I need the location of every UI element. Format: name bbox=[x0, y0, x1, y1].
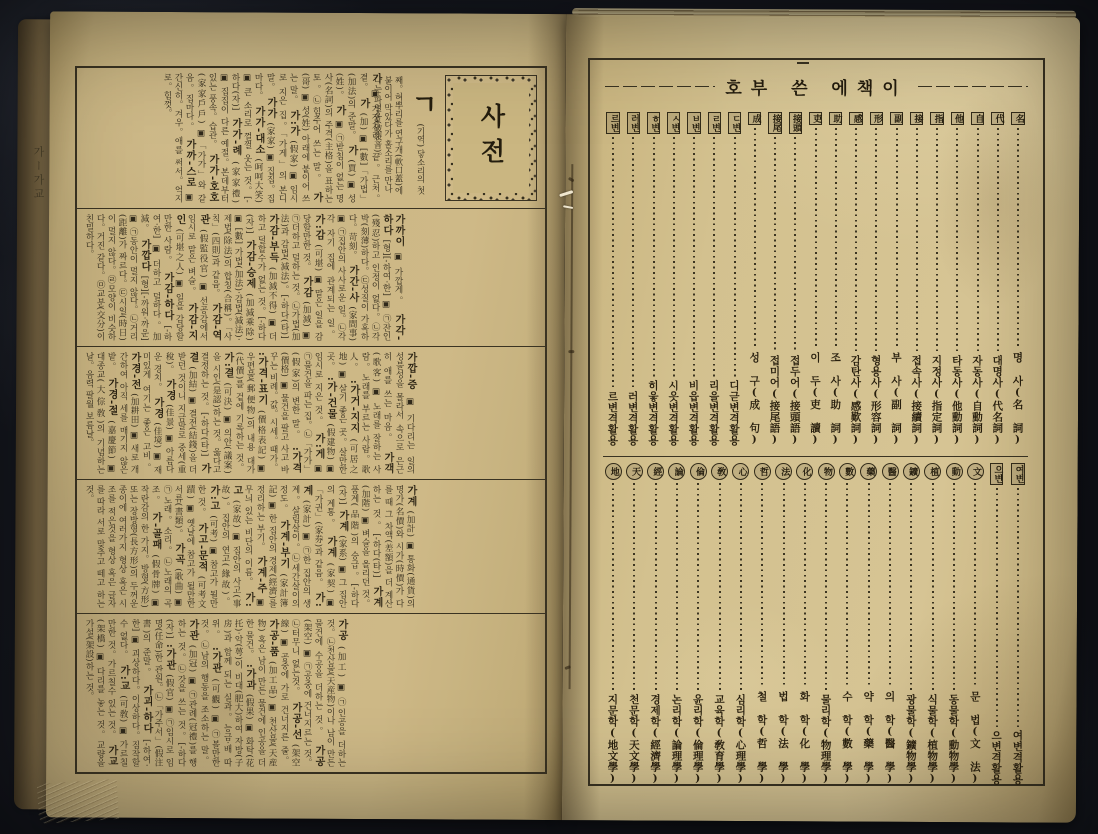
headword: 가 bbox=[358, 98, 369, 109]
legend-symbol: 으변 bbox=[990, 463, 1003, 485]
legend-symbol: 化 bbox=[796, 463, 813, 480]
legend-symbol: 指 bbox=[930, 112, 943, 125]
legend-column: 여변 여변격활용 bbox=[1008, 463, 1028, 785]
headword: 가계 bbox=[405, 485, 416, 507]
legend-label: 식물학(植物學) bbox=[925, 694, 940, 785]
legend-label: 의 학(醫 學) bbox=[883, 691, 898, 785]
dotted-leader bbox=[997, 128, 999, 352]
headword: 가경 bbox=[152, 397, 163, 419]
headword: 가경 bbox=[164, 379, 175, 401]
dotted-leader bbox=[977, 128, 979, 352]
dotted-leader bbox=[846, 483, 848, 688]
dotted-leader bbox=[693, 137, 695, 377]
headword: 가경-절 bbox=[106, 378, 117, 416]
headword: 가까-스로 bbox=[184, 139, 195, 188]
legend-symbol: 形 bbox=[870, 112, 883, 125]
legend-symbol: 倫 bbox=[690, 463, 707, 480]
headword: 가감-승제 bbox=[244, 240, 255, 289]
legend-column: 數 수 학(數 學) bbox=[837, 463, 857, 785]
legend-symbol: 名 bbox=[1011, 112, 1024, 125]
legend-label: 성 구(成 句) bbox=[747, 352, 762, 446]
legend-title: 호부 쓴 에책이 bbox=[725, 74, 907, 99]
legend-column: 指 지정사(指定詞) bbox=[927, 112, 947, 446]
legend-column: 論 논리학(論理學) bbox=[667, 463, 687, 785]
legend-symbol: 天 bbox=[626, 463, 643, 480]
section-letter: ㄱ bbox=[406, 90, 436, 121]
legend-column: 鑛 광물학(鑛物學) bbox=[901, 463, 921, 785]
entry-flow: 가깝-증 ▣ 기다리는 일의 성불성을 몰라서 속으로 은근히 애를 쓰는 마음… bbox=[83, 352, 416, 474]
dotted-leader bbox=[633, 483, 635, 691]
dictionary-band-1: 가 ▣ 가장자리。끝。근처。곁。 가 (加) ▣ [數]「가법」(加法)의 준말… bbox=[77, 68, 545, 208]
legend-column: ㅎ변 히읗변격활용 bbox=[644, 112, 664, 446]
legend-symbol: 成 bbox=[748, 112, 761, 125]
legend-symbol: ㄹ변 bbox=[708, 112, 721, 134]
dotted-leader bbox=[794, 137, 796, 352]
legend-symbol: 自 bbox=[971, 112, 984, 125]
dotted-leader bbox=[740, 483, 742, 691]
dotted-leader bbox=[815, 128, 817, 349]
legend-symbol: 接 bbox=[910, 112, 923, 125]
headword: 가감-하다 bbox=[162, 272, 173, 321]
dotted-leader bbox=[632, 137, 634, 388]
dotted-leader bbox=[835, 128, 837, 349]
headword: 가간-사 bbox=[347, 265, 358, 303]
legend-symbol: 代 bbox=[991, 112, 1004, 125]
book-photo: 가ー가교 가 ▣ 가장자리。끝。근처。곁。 가 (加) ▣ [數]「가법」(加法… bbox=[0, 0, 1098, 834]
dictionary-band-5: 가공 (加工) ▣ ㉠인공을 더하는 것。㉡천산물(天産物)이나 남이 만든 물… bbox=[77, 613, 545, 772]
legend-label: 여변격활용 bbox=[1010, 730, 1025, 785]
dotted-leader bbox=[612, 483, 614, 691]
legend-symbol: 文 bbox=[967, 463, 984, 480]
headword: :가격 bbox=[290, 447, 301, 474]
legend-column: 接頭 접두어(接頭語) bbox=[785, 112, 805, 446]
legend-column: 르변 르변격활용 bbox=[603, 112, 623, 446]
headword: :가거-지지 bbox=[348, 380, 359, 434]
dotted-leader bbox=[761, 483, 763, 688]
dictionary-band-2: 가까이 ▣ 가깝게。 가각-하다 [형][-하여·한] ▣ ㉠잔인(殘忍)하고 … bbox=[77, 208, 545, 346]
dictionary-band-4: 가계 (加計) ▣ 통화(通貨)의 명가(名價)와 시가(時價)가 다를 때 그… bbox=[77, 479, 545, 613]
dotted-leader bbox=[783, 483, 785, 688]
dotted-leader bbox=[825, 483, 827, 691]
dotted-leader bbox=[653, 137, 655, 377]
legend-column: 代 대명사(代名詞) bbox=[988, 112, 1008, 446]
headword: 가공-선 bbox=[290, 702, 301, 740]
dotted-leader bbox=[676, 483, 678, 691]
headword: 가계 bbox=[371, 586, 382, 608]
headword: 가깝-증 bbox=[405, 352, 416, 390]
legend-symbol: 吏 bbox=[809, 112, 822, 125]
legend-column: 心 심리학(心理學) bbox=[731, 463, 751, 785]
headword: 가공 bbox=[336, 619, 347, 641]
dictionary-band-3: 가깝-증 ▣ 기다리는 일의 성불성을 몰라서 속으로 은근히 애를 쓰는 마음… bbox=[77, 346, 545, 479]
headword: 가:교 bbox=[118, 665, 129, 692]
legend-label: 자동사(自動詞) bbox=[970, 355, 985, 446]
legend-column: 러변 러변격활용 bbox=[623, 112, 643, 446]
headword: 가:감 bbox=[313, 214, 324, 241]
legend-column: 副 부 사(副 詞) bbox=[887, 112, 907, 446]
dictionary-entry: 가까이 ▣ 가깝게。 bbox=[393, 214, 403, 307]
legend-label: 비읍변격활용 bbox=[687, 380, 702, 446]
dotted-leader bbox=[889, 483, 891, 688]
legend-section-top: 名 명 사(名 詞) 代 대명사(代名詞) 自 자동사(自動詞) bbox=[603, 112, 1028, 446]
legend-label: 수 학(數 學) bbox=[840, 691, 855, 785]
definition: (價格) ▣ 물건을 팔고 사고 바꾸는 비례。값。시세。때가。 bbox=[268, 352, 289, 474]
legend-label: 디귿변격활용 bbox=[727, 380, 742, 446]
legend-column: 地 지문학(地文學) bbox=[603, 463, 623, 785]
entry-flow: 가계 (加計) ▣ 통화(通貨)의 명가(名價)와 시가(時價)가 다를 때 그… bbox=[83, 485, 416, 608]
legend-symbol: 植 bbox=[924, 463, 941, 480]
section-header-giyeok: ㄱ (기역) 닿소리의 첫째。혀뿌리를 연구개(軟口蓋)에 붙이어 막았다가 홀… bbox=[381, 73, 439, 203]
title-inner: 사전 bbox=[453, 83, 529, 193]
legend-label: 경제학(經濟學) bbox=[648, 694, 663, 785]
legend-column: 助 조 사(助 詞) bbox=[826, 112, 846, 446]
legend-label: 광물학(鑛物學) bbox=[904, 694, 919, 785]
definition: (架橋) ▣ 다리를 놓는 것。교량을 가설(架設)하는 것。 bbox=[84, 619, 105, 767]
headword: 가교 bbox=[106, 745, 117, 767]
legend-title-row: 호부 쓴 에책이 bbox=[590, 74, 1043, 99]
legend-symbol: 哲 bbox=[754, 463, 771, 480]
title-dash-right bbox=[918, 86, 1028, 88]
legend-frame: 호부 쓴 에책이 名 명 사(名 詞) 代 대명사(代名詞) 自 bbox=[588, 58, 1045, 786]
legend-column: 醫 의 학(醫 學) bbox=[880, 463, 900, 785]
legend-label: 접속사(接續詞) bbox=[909, 355, 924, 446]
legend-label: 동물학(動物學) bbox=[947, 694, 962, 785]
legend-label: 물리학(物理學) bbox=[819, 694, 834, 785]
legend-label: 조 사(助 詞) bbox=[828, 352, 843, 446]
legend-column: 名 명 사(名 詞) bbox=[1008, 112, 1028, 446]
legend-column: 化 화 학(化 學) bbox=[795, 463, 815, 785]
legend-symbol: 敎 bbox=[711, 463, 728, 480]
legend-column: 倫 윤리학(倫理學) bbox=[688, 463, 708, 785]
definition: (可觀) ▣ ㉠볼만한 것。㉡남의 행동을 조소하는 말。 bbox=[199, 619, 220, 767]
headword: 가 bbox=[346, 145, 357, 156]
legend-label: 지문학(地文學) bbox=[606, 694, 621, 785]
legend-label: 형용사(形容詞) bbox=[869, 355, 884, 446]
legend-column: 植 식물학(植物學) bbox=[923, 463, 943, 785]
legend-label: 논리학(論理學) bbox=[669, 694, 684, 785]
legend-column: 哲 철 학(哲 學) bbox=[752, 463, 772, 785]
legend-symbol: 르변 bbox=[606, 112, 619, 134]
legend-symbol: 助 bbox=[829, 112, 842, 125]
legend-symbol: 他 bbox=[951, 112, 964, 125]
dotted-leader bbox=[953, 483, 955, 691]
headword: 가고-문적 bbox=[196, 523, 207, 572]
legend-symbol: 副 bbox=[890, 112, 903, 125]
legend-label: 화 학(化 學) bbox=[797, 691, 812, 785]
legend-symbol: ㄷ변 bbox=[728, 112, 741, 134]
dotted-leader bbox=[910, 483, 912, 691]
legend-label: 법 학(法 學) bbox=[776, 691, 791, 785]
legend-symbol: 論 bbox=[668, 463, 685, 480]
page-range-tab: 가ー가교 bbox=[30, 146, 46, 202]
definition: ▣ 가깝게。 bbox=[393, 252, 403, 307]
legend-label: 심리학(心理學) bbox=[733, 694, 748, 785]
dotted-leader bbox=[719, 483, 721, 691]
headword: 가가-호호 bbox=[207, 154, 218, 203]
legend-column: ㄹ변 리을변격활용 bbox=[704, 112, 724, 446]
dictionary-entry: :가격-표기 (價格表記) ▣ 우편물(郵便物)의 내용 대가(代價)를 겉에 … bbox=[234, 352, 266, 474]
headword: 가:고 bbox=[208, 485, 219, 512]
legend-symbol: 여변 bbox=[1011, 463, 1024, 485]
headword: :가관 bbox=[210, 647, 221, 674]
legend-label: 철 학(哲 學) bbox=[755, 691, 770, 785]
legend-column: 接尾 접미어(接尾語) bbox=[765, 112, 785, 446]
legend-label: 러변격활용 bbox=[626, 391, 641, 446]
headword: 가가-대소 bbox=[253, 106, 264, 155]
legend-column: 接 접속사(接續詞) bbox=[907, 112, 927, 446]
dotted-leader bbox=[1017, 488, 1019, 727]
legend-symbol: 法 bbox=[775, 463, 792, 480]
headword: 가감-부득 bbox=[267, 214, 278, 263]
legend-label: 르변격활용 bbox=[606, 391, 621, 446]
dotted-leader bbox=[875, 128, 877, 352]
legend-column: 他 타동사(他動詞) bbox=[947, 112, 967, 446]
legend-label: 윤리학(倫理學) bbox=[691, 694, 706, 785]
dotted-leader bbox=[697, 483, 699, 691]
headword: 가-골패 bbox=[150, 512, 161, 550]
dotted-leader bbox=[932, 483, 934, 691]
dotted-leader bbox=[916, 128, 918, 352]
legend-symbol: 動 bbox=[946, 463, 963, 480]
legend-column: 法 법 학(法 學) bbox=[774, 463, 794, 785]
legend-label: 타동사(他動詞) bbox=[950, 355, 965, 446]
dotted-leader bbox=[974, 483, 976, 688]
legend-symbol: 經 bbox=[647, 463, 664, 480]
legend-column: 吏 이 두(吏 讀) bbox=[806, 112, 826, 446]
legend-symbol: 數 bbox=[839, 463, 856, 480]
legend-label: 지정사(指定詞) bbox=[930, 355, 945, 446]
legend-symbol: 藥 bbox=[860, 463, 877, 480]
headword: 가깝다 bbox=[139, 239, 150, 272]
legend-label: 접미어(接尾語) bbox=[768, 355, 783, 446]
legend-label: 이 두(吏 讀) bbox=[808, 352, 823, 446]
headword: 가 bbox=[311, 192, 322, 203]
legend-symbol: 接尾 bbox=[768, 112, 781, 134]
legend-label: 대명사(代名詞) bbox=[990, 355, 1005, 446]
headword: 가:가 bbox=[288, 110, 299, 137]
dotted-leader bbox=[1017, 128, 1019, 349]
headword: 가경-전 bbox=[129, 352, 140, 390]
legend-column: 藥 약 학(藥 學) bbox=[859, 463, 879, 785]
headword: 가계-부기 bbox=[278, 520, 289, 569]
ornamental-title-block: 사전 bbox=[445, 75, 537, 201]
legend-label: 감탄사(感歎詞) bbox=[849, 355, 864, 446]
headword: 가관 bbox=[187, 619, 198, 641]
dotted-leader bbox=[774, 137, 776, 352]
headword: :가-건물 bbox=[325, 377, 336, 420]
legend-label: 문 법(文 法) bbox=[968, 691, 983, 785]
dotted-leader bbox=[754, 128, 756, 349]
headword: :가관 bbox=[164, 644, 175, 671]
headword: :가격-표기 bbox=[256, 352, 267, 406]
legend-column: 으변 으변격활용 bbox=[987, 463, 1007, 785]
dictionary-entry: 가-골패 (假骨牌) ▣ 작란감의 한 가지。방형(方形) 또는 장방형(長方形… bbox=[84, 485, 160, 608]
headword: 가계 bbox=[325, 536, 336, 558]
legend-section-bottom: 여변 여변격활용 으변 으변격활용 文 문 법(文 法) 動 bbox=[603, 456, 1028, 785]
legend-symbol: 地 bbox=[605, 463, 622, 480]
headword: 가 bbox=[334, 105, 345, 116]
legend-label: 부 사(副 詞) bbox=[889, 352, 904, 446]
dotted-leader bbox=[673, 137, 675, 377]
dotted-leader bbox=[612, 137, 614, 388]
legend-column: 成 성 구(成 句) bbox=[745, 112, 765, 446]
headword: 가괴-하다 bbox=[141, 685, 152, 734]
headword: 가가-례 bbox=[230, 118, 241, 156]
legend-column: 經 경제학(經濟學) bbox=[646, 463, 666, 785]
dotted-leader bbox=[713, 137, 715, 377]
headword: 가까이 bbox=[393, 214, 404, 247]
dotted-leader bbox=[896, 128, 898, 349]
headword: 가:결 bbox=[222, 352, 233, 379]
legend-symbol: 鑛 bbox=[903, 463, 920, 480]
legend-symbol: ㅅ변 bbox=[667, 112, 680, 134]
legend-symbol: ㅂ변 bbox=[687, 112, 700, 134]
dotted-leader bbox=[734, 137, 736, 377]
headword: :가과 bbox=[244, 664, 255, 691]
legend-symbol: ㅎ변 bbox=[647, 112, 660, 134]
legend-column: ㅅ변 시읏변격활용 bbox=[664, 112, 684, 446]
legend-symbol: 러변 bbox=[627, 112, 640, 134]
dictionary-entry: :가관 (可觀) ▣ ㉠볼만한 것。㉡남의 행동을 조소하는 말。 bbox=[199, 619, 220, 767]
legend-column: 物 물리학(物理學) bbox=[816, 463, 836, 785]
definition: (假骨牌) ▣ 작란감의 한 가지。방형(方形) 또는 장방형(長方形)의 두꺼… bbox=[84, 485, 160, 608]
headword: 가계-주 bbox=[255, 556, 266, 594]
title-tick bbox=[797, 62, 809, 64]
legend-column: ㅂ변 비읍변격활용 bbox=[684, 112, 704, 446]
legend-column: 自 자동사(自動詞) bbox=[968, 112, 988, 446]
legend-label: 교육학(敎育學) bbox=[712, 694, 727, 785]
dotted-leader bbox=[655, 483, 657, 691]
entry-flow: 가 ▣ 가장자리。끝。근처。곁。 가 (加) ▣ [數]「가법」(加法)의 준말… bbox=[83, 73, 381, 203]
legend-column: 動 동물학(動物學) bbox=[944, 463, 964, 785]
dotted-leader bbox=[804, 483, 806, 688]
headword: 가공-품 bbox=[267, 619, 278, 657]
headword: 가계 bbox=[337, 510, 348, 532]
legend-column: 敎 교육학(敎育學) bbox=[710, 463, 730, 785]
dictionary-title: 사전 bbox=[473, 103, 509, 173]
headword: 가감 bbox=[301, 276, 312, 298]
legend-label: 히읗변격활용 bbox=[646, 380, 661, 446]
legend-symbol: 物 bbox=[818, 463, 835, 480]
legend-label: 명 사(名 詞) bbox=[1011, 352, 1026, 446]
definition: (家故) ▣ 집안의 사고(事故)。집안의 연고(緣故)。 bbox=[220, 485, 241, 608]
dotted-leader bbox=[936, 128, 938, 352]
legend-symbol: 心 bbox=[732, 463, 749, 480]
legend-label: 리을변격활용 bbox=[707, 380, 722, 446]
headword: 가객 bbox=[382, 452, 393, 474]
dictionary-entry: 가:결 (可決) ▣ 의안(議案)을 시인(是認)하는 것。옳다고 결정하는 것… bbox=[199, 352, 232, 474]
thread-knot bbox=[568, 350, 574, 353]
headword: 가가 bbox=[265, 97, 276, 119]
dictionary-frame: 가 ▣ 가장자리。끝。근처。곁。 가 (加) ▣ [數]「가법」(加法)의 준말… bbox=[75, 66, 547, 774]
headword: 가곡 bbox=[173, 543, 184, 565]
legend-label: 약 학(藥 學) bbox=[861, 691, 876, 785]
legend-label: 천문학(天文學) bbox=[627, 694, 642, 785]
legend-column: 感 감탄사(感歎詞) bbox=[846, 112, 866, 446]
dotted-leader bbox=[868, 483, 870, 688]
title-dash-left bbox=[605, 86, 715, 88]
legend-column: 文 문 법(文 法) bbox=[965, 463, 985, 785]
legend-label: 접두어(接頭語) bbox=[788, 355, 803, 446]
headword: 가:게 bbox=[313, 433, 324, 460]
legend-column: 形 형용사(形容詞) bbox=[866, 112, 886, 446]
legend-symbol: 感 bbox=[849, 112, 862, 125]
legend-column: ㄷ변 디귿변격활용 bbox=[725, 112, 745, 446]
dotted-leader bbox=[855, 128, 857, 352]
legend-symbol: 醫 bbox=[882, 463, 899, 480]
dotted-leader bbox=[996, 488, 998, 727]
headword: 가공 bbox=[313, 745, 324, 767]
dotted-leader bbox=[956, 128, 958, 352]
legend-label: 으변격활용 bbox=[989, 730, 1004, 785]
entry-flow: 가공 (加工) ▣ ㉠인공을 더하는 것。㉡천산물(天産物)이나 남이 만든 물… bbox=[83, 619, 347, 767]
legend-symbol: 接頭 bbox=[789, 112, 802, 134]
legend-column: 天 천문학(天文學) bbox=[624, 463, 644, 785]
legend-label: 시읏변격활용 bbox=[666, 380, 681, 446]
entry-flow: 가까이 ▣ 가깝게。 가각-하다 [형][-하여·한] ▣ ㉠잔인(殘忍)하고 … bbox=[83, 214, 404, 341]
